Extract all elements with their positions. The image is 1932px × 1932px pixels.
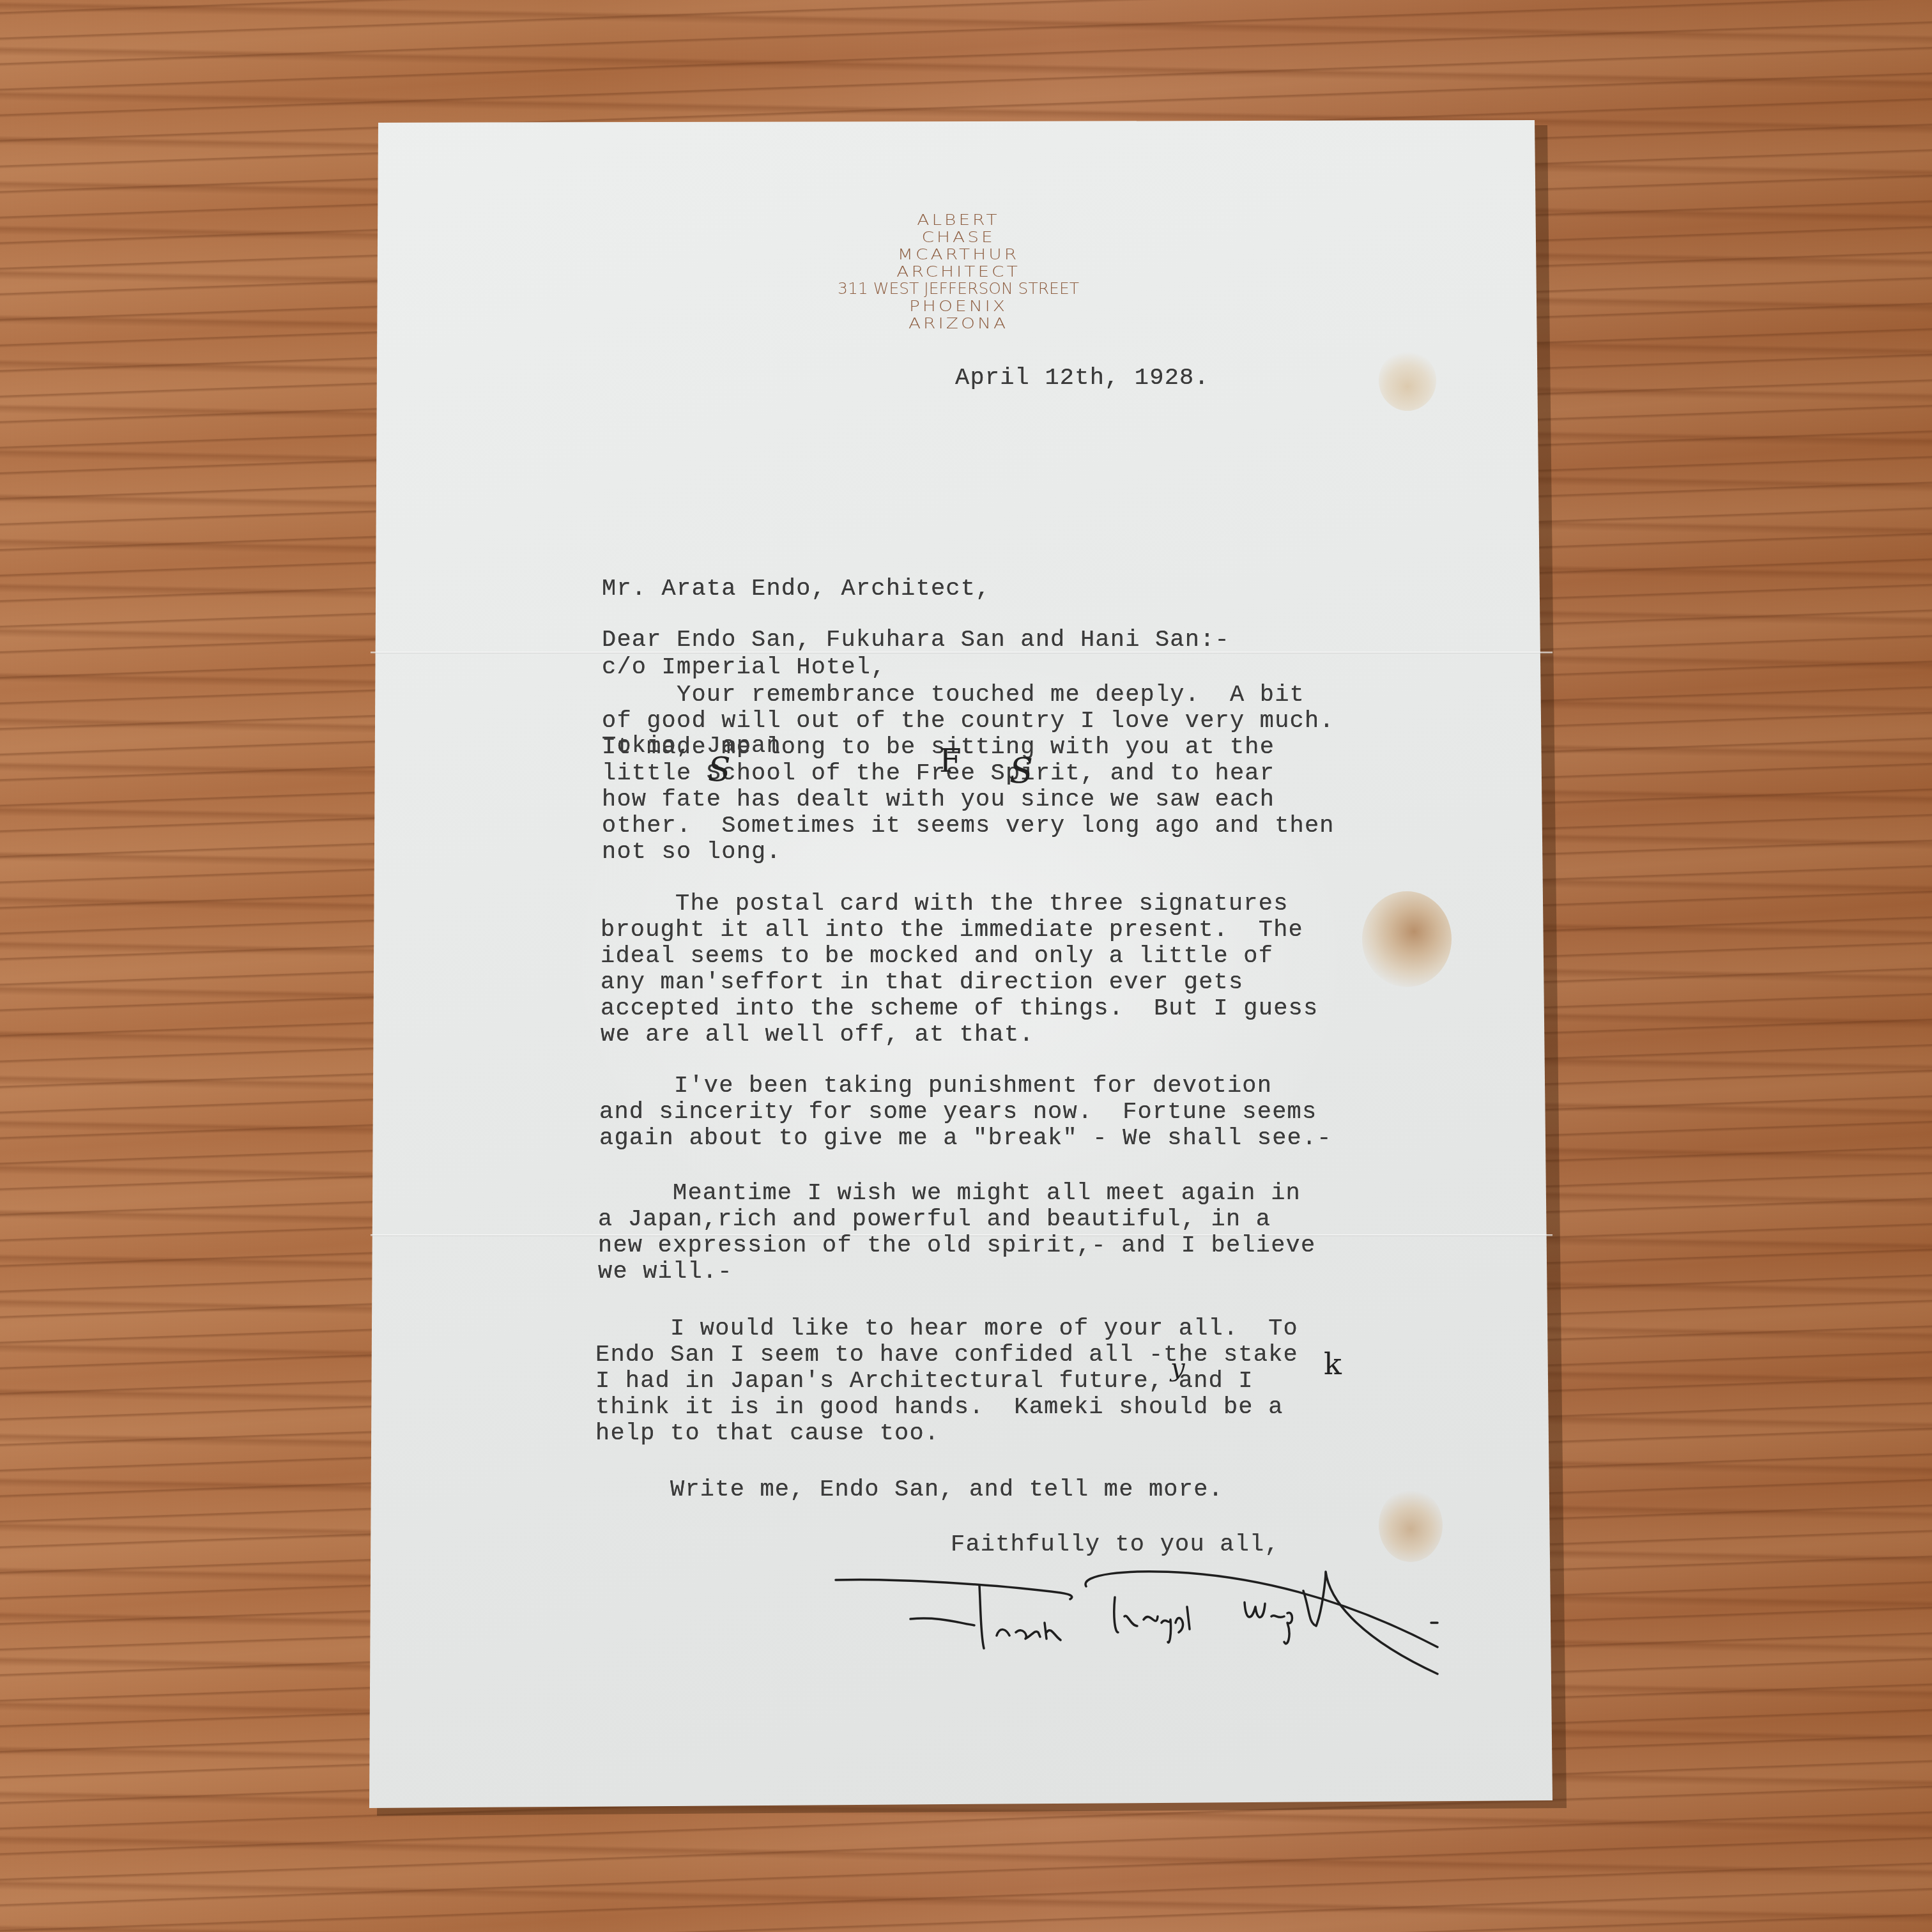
signature-frank-lloyd-wright: [0, 0, 1932, 1932]
